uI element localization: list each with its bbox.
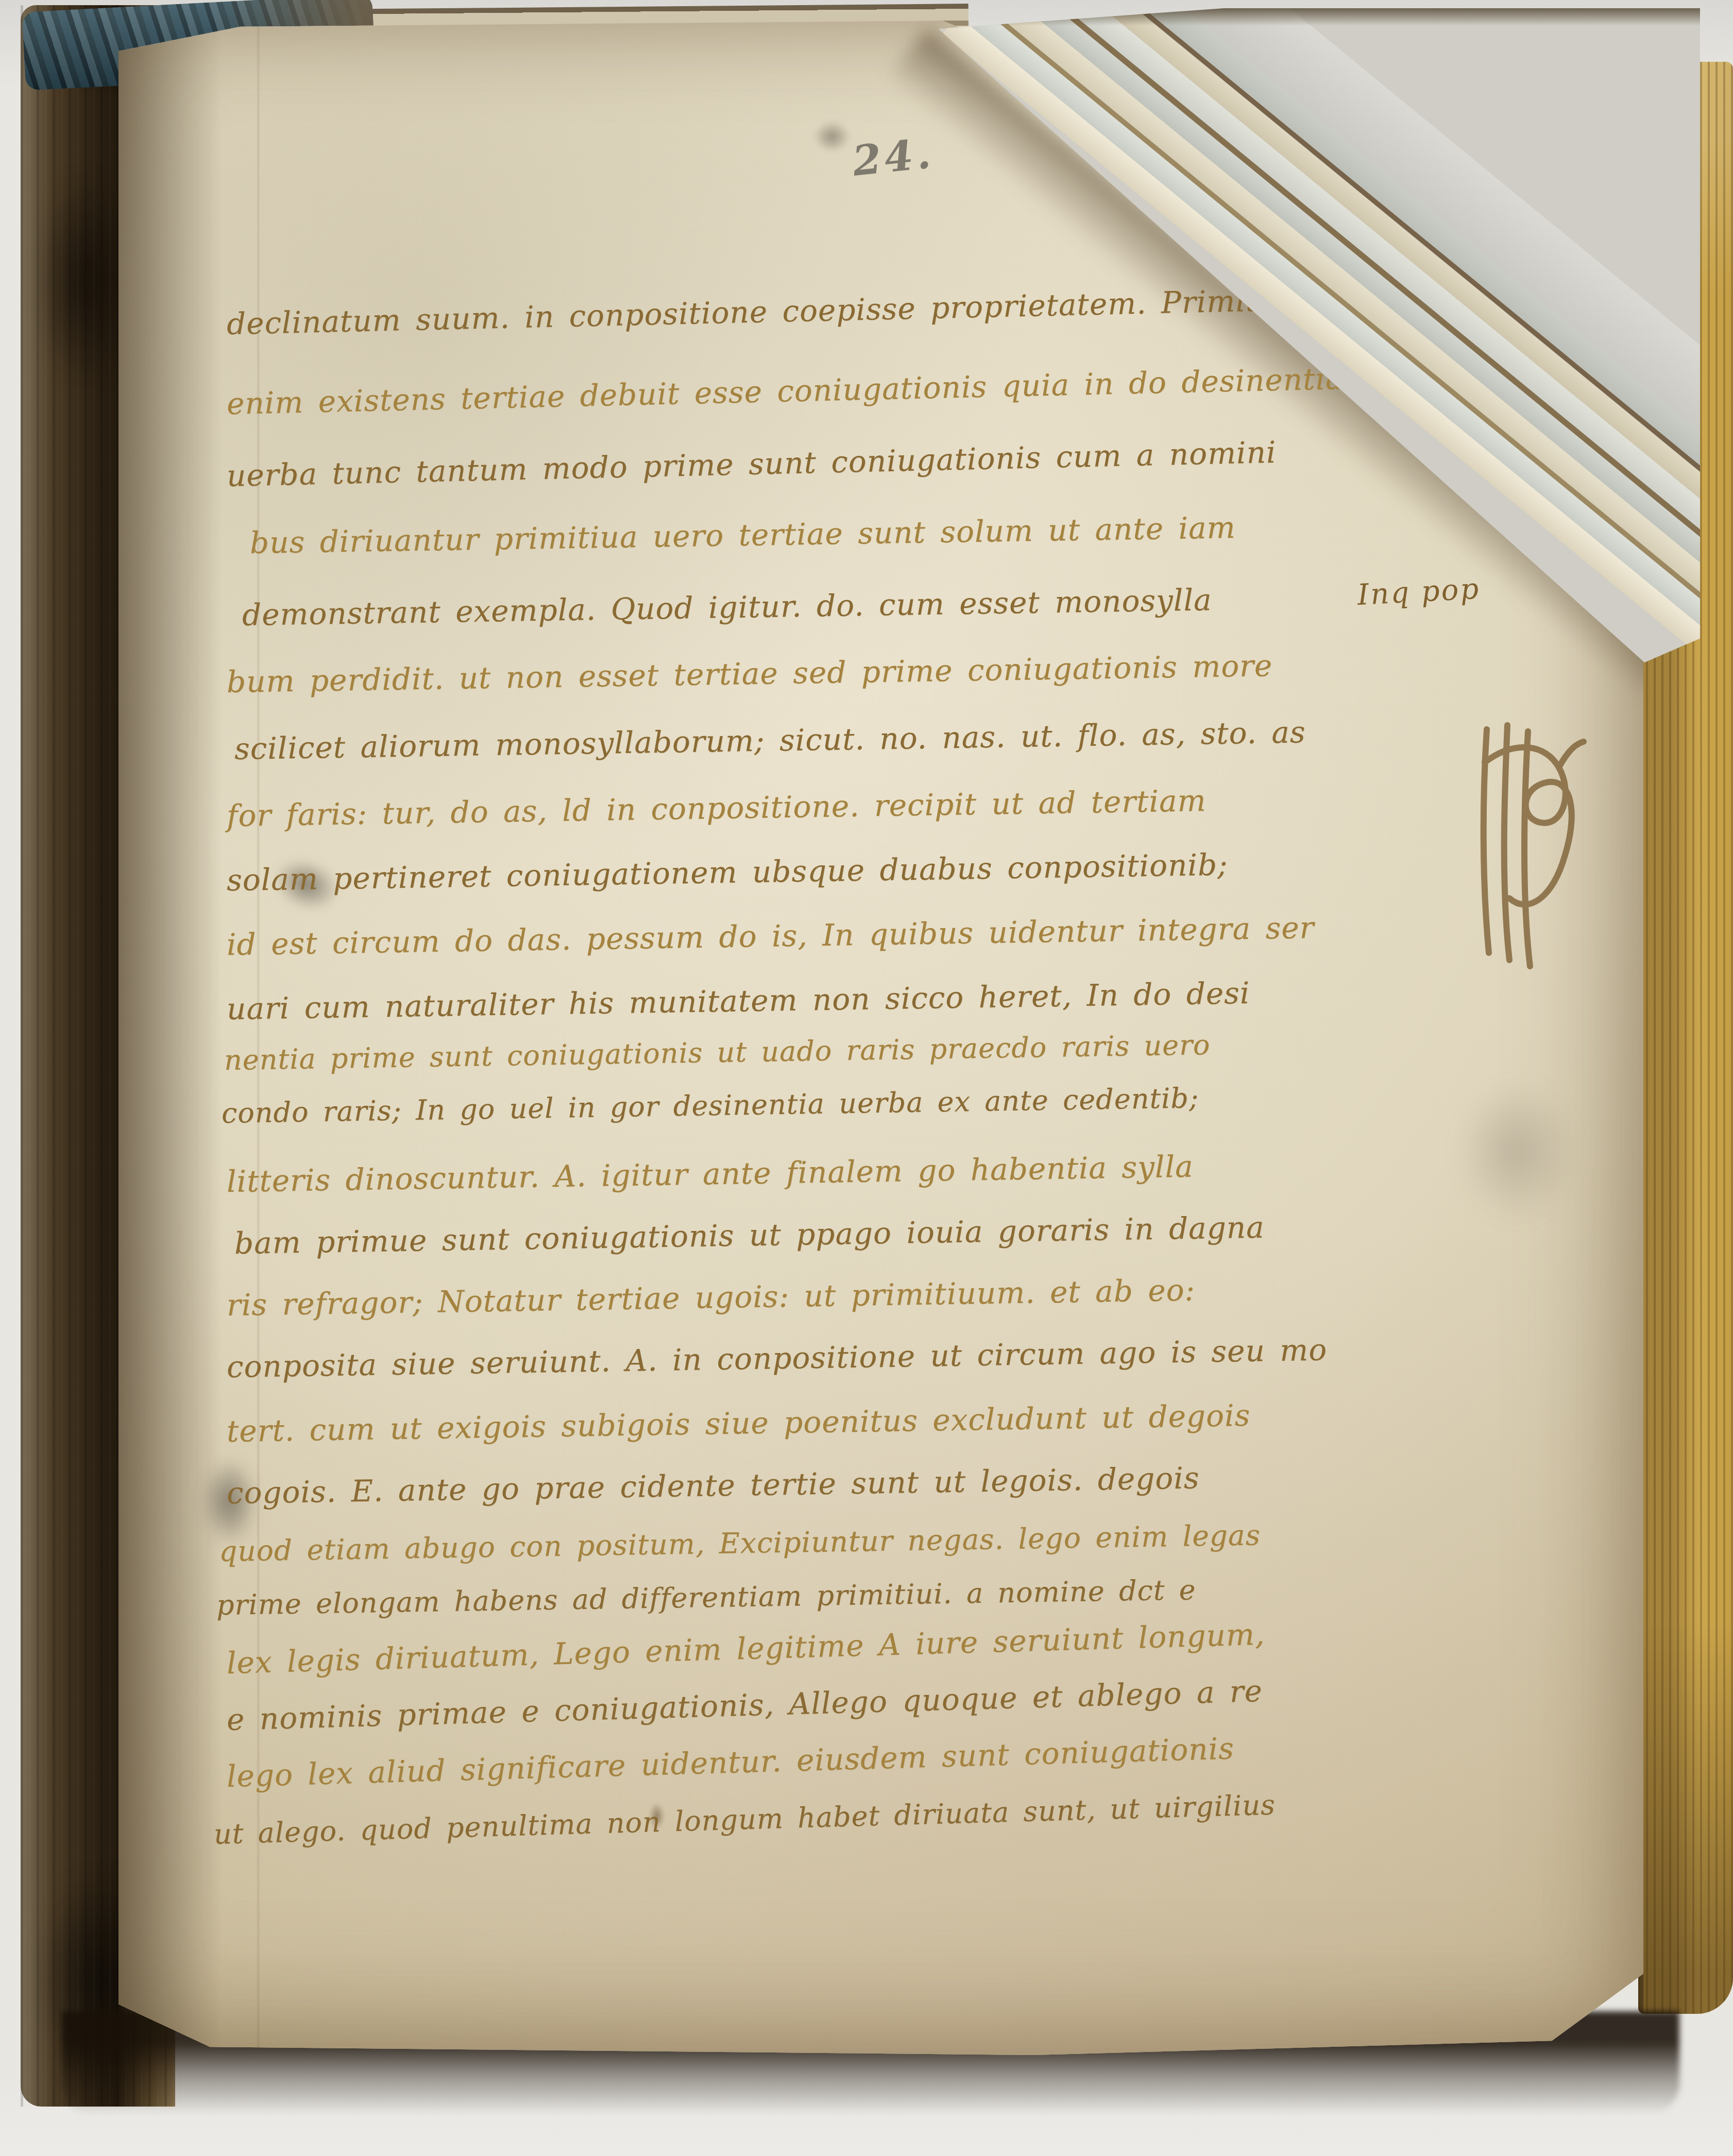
text-line: bum perdidit. ut non esset tertiae sed p… (227, 651, 1273, 697)
text-line: e nominis primae e coniugationis, Allego… (226, 1676, 1263, 1735)
text-line: demonstrant exempla. Quod igitur. do. cu… (242, 585, 1212, 630)
text-line: ut alego. quod penultima non longum habe… (213, 1791, 1276, 1849)
text-line: solam pertineret coniugationem ubsque du… (227, 849, 1228, 895)
text-line: declinatum suum. in conpositione coepiss… (226, 284, 1337, 339)
text-line: ris refragor; Notatur tertiae ugois: ut … (227, 1275, 1196, 1320)
text-line: tert. cum ut exigois subigois siue poeni… (227, 1400, 1251, 1446)
text-line: lex legis diriuatum, Lego enim legitime … (226, 1619, 1265, 1678)
text-line: enim existens tertiae debuit esse coniug… (226, 364, 1344, 419)
pen-trial-scribble-icon (1468, 716, 1592, 994)
text-line: bus diriuantur primitiua uero tertiae su… (250, 512, 1236, 558)
text-line: quod etiam abugo con positum, Excipiuntu… (219, 1521, 1261, 1566)
text-line: uerba tunc tantum modo prime sunt coniug… (226, 437, 1277, 491)
text-line: uari cum naturaliter his munitatem non s… (227, 978, 1250, 1024)
folio-number: 24. (851, 132, 936, 182)
text-line: nentia prime sunt coniugationis ut uado … (224, 1031, 1211, 1074)
text-line: litteris dinoscuntur. A. igitur ante fin… (227, 1152, 1194, 1196)
manuscript-photo: 24. Inq pop declinatum suum. in conposit… (0, 0, 1733, 2156)
text-line: for faris: tur, do as, ld in conposition… (227, 785, 1207, 831)
text-line: scilicet aliorum monosyllaborum; sicut. … (234, 717, 1306, 764)
text-line: id est circum do das. pessum do is, In q… (227, 913, 1315, 960)
text-line: conposita siue seruiunt. A. in conpositi… (227, 1334, 1328, 1382)
margin-note: Inq pop (1357, 575, 1481, 610)
text-line: bam primue sunt coniugationis ut ppago i… (234, 1212, 1265, 1258)
text-line: lego lex aliud significare uidentur. eiu… (226, 1733, 1234, 1791)
text-line: condo raris; In go uel in gor desinentia… (222, 1084, 1199, 1127)
text-line: cogois. E. ante go prae cidente tertie s… (227, 1463, 1200, 1508)
text-line: prime elongam habens ad differentiam pri… (216, 1576, 1196, 1619)
